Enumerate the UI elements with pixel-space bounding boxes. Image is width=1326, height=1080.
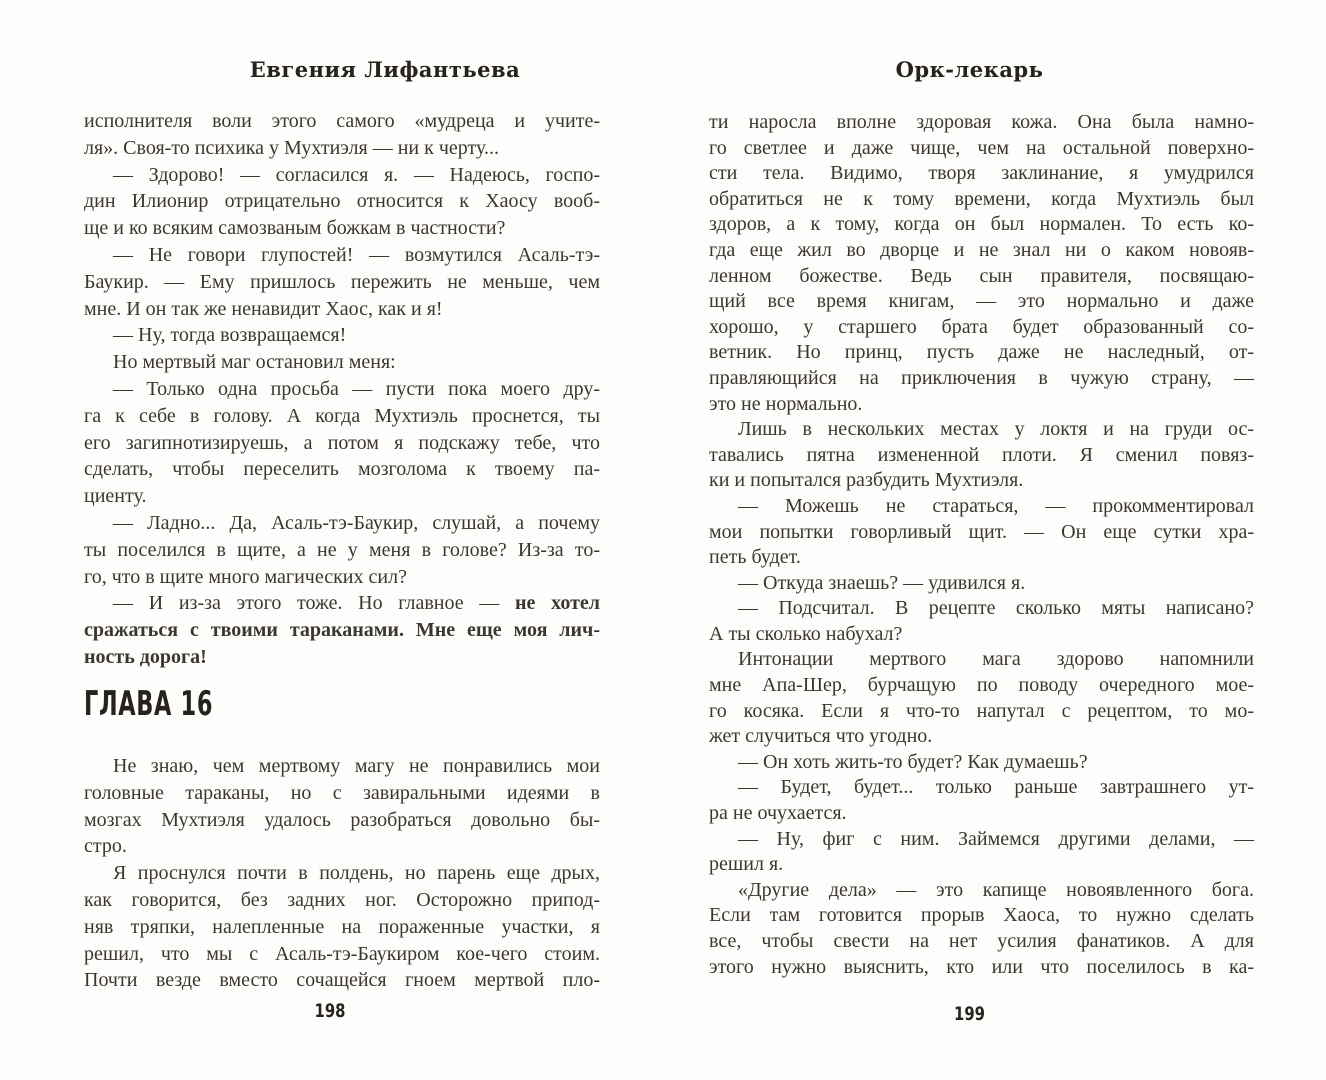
- text-line: — Ну, тогда возвращаемся!: [84, 322, 600, 349]
- text-line: — Не говори глупостей! — возмутился Асал…: [84, 242, 600, 269]
- text-line: — Можешь не стараться, — прокомментирова…: [709, 494, 1254, 520]
- text-line: щий все время книгам, — это нормально и …: [709, 289, 1254, 315]
- text-line: Почти везде вместо сочащейся гноем мертв…: [84, 967, 600, 994]
- running-head-author: Евгения Лифантьева: [127, 57, 643, 82]
- text-line: сражаться с твоими тараканами. Мне еще м…: [84, 617, 600, 644]
- text-line: мне. И он так же ненавидит Хаос, как и я…: [84, 296, 600, 323]
- text-line: ля». Своя-то психика у Мухтиэля — ни к ч…: [84, 135, 600, 162]
- text-line: — И из-за этого тоже. Но главное — не хо…: [84, 590, 600, 617]
- text-line: ти наросла вполне здоровая кожа. Она был…: [709, 110, 1254, 136]
- text-line: гда еще жил во дворце и не знал ни о как…: [709, 238, 1254, 264]
- text-line: Баукир. — Ему пришлось пережить не меньш…: [84, 269, 600, 296]
- text-line: Я проснулся почти в полдень, но парень е…: [84, 860, 600, 887]
- text-line: решил, что мы с Асаль-тэ-Баукиром кое-че…: [84, 941, 600, 968]
- text-line: тавались пятна измененной плоти. Я смени…: [709, 443, 1254, 469]
- text-line: его загипнотизируешь, а потом я подскажу…: [84, 430, 600, 457]
- text-line: го, что в щите много магических сил?: [84, 564, 600, 591]
- text-line: здоров, а к тому, когда он был нормален.…: [709, 212, 1254, 238]
- text-line: няв тряпки, налепленные на пораженные уч…: [84, 914, 600, 941]
- text-line: — Ну, фиг с ним. Займемся другими делами…: [709, 827, 1254, 853]
- text-line: мозгах Мухтиэля удалось разобраться дово…: [84, 807, 600, 834]
- text-line: это не нормально.: [709, 392, 1254, 418]
- book-spread: Евгения Лифантьева исполнителя воли этог…: [0, 0, 1326, 1080]
- right-page: Орк-лекарь ти наросла вполне здоровая ко…: [709, 0, 1254, 1080]
- text-line: стро.: [84, 833, 600, 860]
- text-line: ность дорога!: [84, 644, 600, 671]
- text-line: все, чтобы свести на нет усилия фанатико…: [709, 929, 1254, 955]
- right-page-text-block: ти наросла вполне здоровая кожа. Она был…: [709, 110, 1254, 980]
- text-line: ки и попытался разбудить Мухтиэля.: [709, 468, 1254, 494]
- chapter-heading: ГЛАВА 16: [84, 684, 213, 724]
- text-line: ты поселился в щите, а не у меня в голов…: [84, 537, 600, 564]
- text-line: ра не очухается.: [709, 801, 1254, 827]
- page-number-right: 199: [757, 1003, 1182, 1025]
- text-line: хорошо, у старшего брата будет образован…: [709, 315, 1254, 341]
- text-line: го косяка. Если я что-то напутал с рецеп…: [709, 699, 1254, 725]
- text-line: головные тараканы, но с завиральными иде…: [84, 780, 600, 807]
- text-line: правляющийся на приключения в чужую стра…: [709, 366, 1254, 392]
- text-line: — Здорово! — согласился я. — Надеюсь, го…: [84, 162, 600, 189]
- text-line: га к себе в голову. А когда Мухтиэль про…: [84, 403, 600, 430]
- text-line: петь будет.: [709, 545, 1254, 571]
- text-line: — Только одна просьба — пусти пока моего…: [84, 376, 600, 403]
- text-line: — Будет, будет... только раньше завтрашн…: [709, 775, 1254, 801]
- text-line: исполнителя воли этого самого «мудреца и…: [84, 108, 600, 135]
- text-line: этого нужно выяснить, кто или что посели…: [709, 955, 1254, 981]
- text-line: сделать, чтобы переселить мозголома к тв…: [84, 456, 600, 483]
- text-line: как говорится, без задних ног. Осторожно…: [84, 887, 600, 914]
- text-line: ленном божестве. Ведь сын правителя, пос…: [709, 264, 1254, 290]
- text-line: ветник. Но принц, пусть даже не наследны…: [709, 340, 1254, 366]
- text-line: обратиться не к тому времени, когда Мухт…: [709, 187, 1254, 213]
- left-page: Евгения Лифантьева исполнителя воли этог…: [84, 0, 600, 1080]
- text-line: го светлее и даже чище, чем на остальной…: [709, 136, 1254, 162]
- text-line: жет случиться что угодно.: [709, 724, 1254, 750]
- text-line: Но мертвый маг остановил меня:: [84, 349, 600, 376]
- text-line: мои попытки говорливый щит. — Он еще сут…: [709, 520, 1254, 546]
- text-line: — Он хоть жить-то будет? Как думаешь?: [709, 750, 1254, 776]
- left-page-text-block-1: исполнителя воли этого самого «мудреца и…: [84, 108, 600, 671]
- text-line: Интонации мертвого мага здорово напомнил…: [709, 647, 1254, 673]
- text-line: ще и ко всяким самозваным божкам в частн…: [84, 215, 600, 242]
- text-line: — Откуда знаешь? — удивился я.: [709, 571, 1254, 597]
- text-line: циенту.: [84, 483, 600, 510]
- text-line: «Другие дела» — это капище новоявленного…: [709, 878, 1254, 904]
- text-line: Если там готовится прорыв Хаоса, то нужн…: [709, 903, 1254, 929]
- text-line: — Ладно... Да, Асаль-тэ-Баукир, слушай, …: [84, 510, 600, 537]
- text-line: — Подсчитал. В рецепте сколько мяты напи…: [709, 596, 1254, 622]
- text-line: сти тела. Видимо, творя заклинание, я ум…: [709, 161, 1254, 187]
- text-line: А ты сколько набухал?: [709, 622, 1254, 648]
- text-line: Лишь в нескольких местах у локтя и на гр…: [709, 417, 1254, 443]
- text-line: мне Апа-Шер, бурчащую по поводу очередно…: [709, 673, 1254, 699]
- text-line: дин Илионир отрицательно относится к Хао…: [84, 188, 600, 215]
- left-page-text-block-2: Не знаю, чем мертвому магу не понравилис…: [84, 753, 600, 994]
- text-line: Не знаю, чем мертвому магу не понравилис…: [84, 753, 600, 780]
- page-number-left: 198: [129, 1000, 531, 1022]
- text-line: решил я.: [709, 852, 1254, 878]
- running-head-book-title: Орк-лекарь: [697, 57, 1242, 82]
